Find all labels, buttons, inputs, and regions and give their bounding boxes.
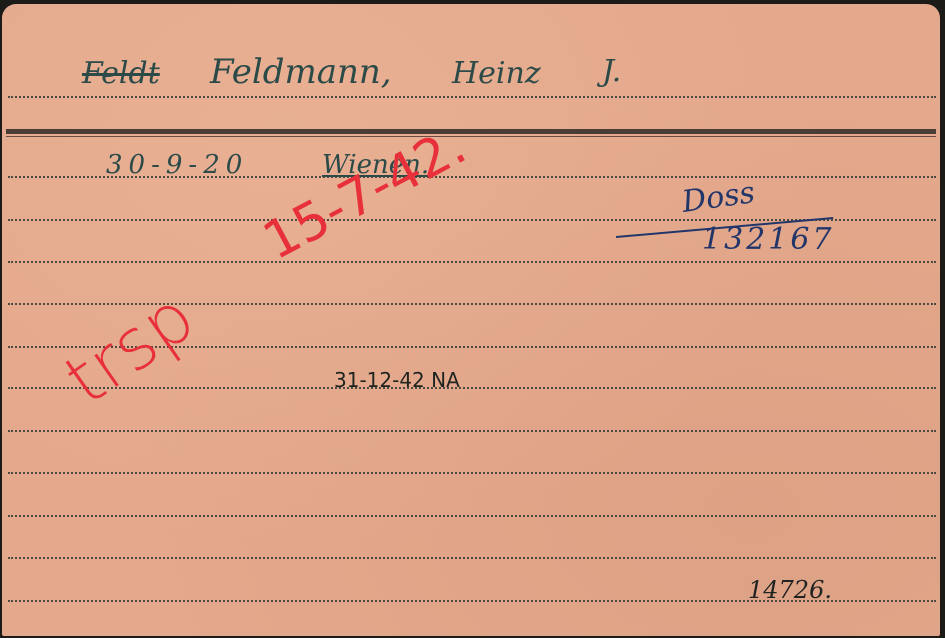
card-number: 14726. [748, 576, 832, 604]
dotted-rule [8, 96, 936, 98]
surname: Feldmann, [210, 52, 392, 92]
index-card: Feldt Feldmann, Heinz J. 30-9-20 Wienen.… [2, 4, 940, 636]
dossier-label: Doss [680, 175, 757, 220]
transport-label: trsp [50, 275, 209, 421]
transport-date: 15-7-42. [254, 116, 476, 272]
struck-name: Feldt [82, 56, 160, 91]
dossier-number: 132167 [702, 222, 835, 257]
dotted-rule [8, 387, 936, 389]
note: 31-12-42 NA [334, 368, 460, 392]
header-rule [6, 129, 936, 134]
dotted-rule [8, 430, 936, 432]
birth-date: 30-9-20 [106, 150, 248, 180]
dotted-rule [8, 472, 936, 474]
header-rule-thin [6, 136, 936, 137]
dotted-rule [8, 261, 936, 263]
given-name: Heinz [452, 56, 541, 91]
initial: J. [602, 54, 621, 89]
dotted-rule [8, 515, 936, 517]
dotted-rule [8, 557, 936, 559]
